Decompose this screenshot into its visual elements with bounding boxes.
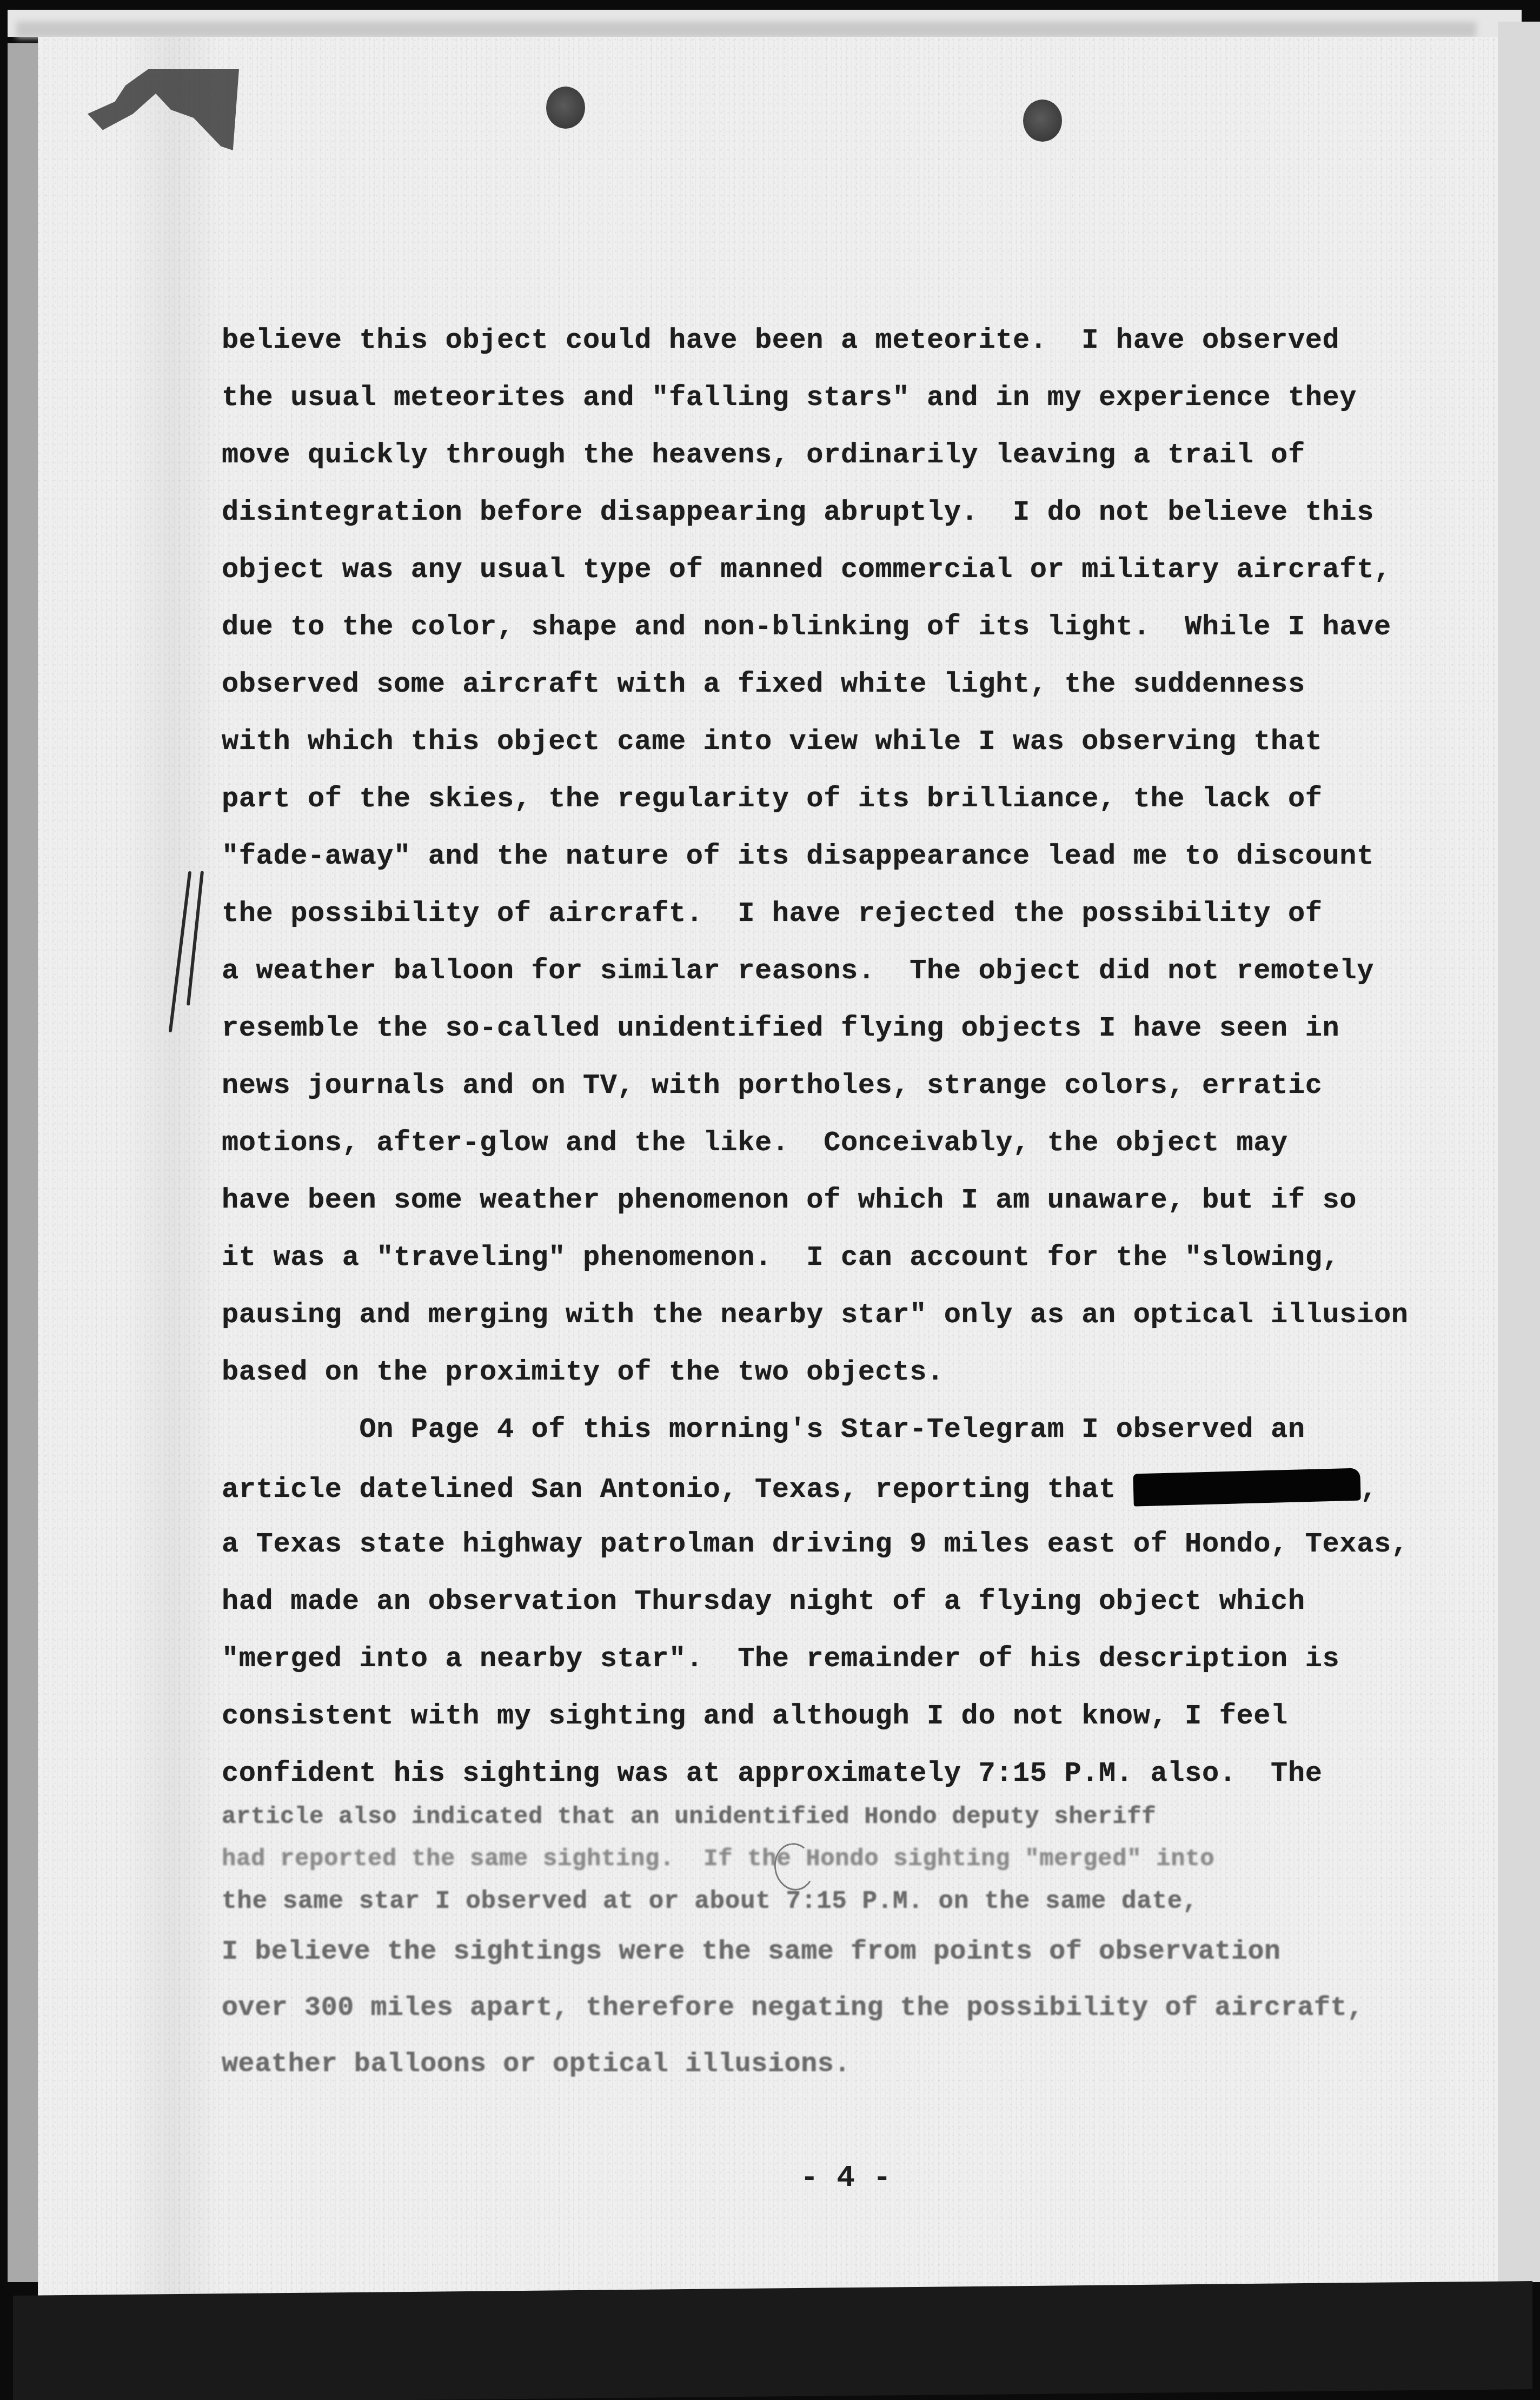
text-line: On Page 4 of this morning's Star-Telegra… [222,1414,1305,1446]
punch-hole-left [546,87,585,129]
text-segment: article datelined San Antonio, Texas, re… [222,1474,1133,1506]
text-line: pausing and merging with the nearby star… [222,1299,1409,1331]
text-line: consistent with my sighting and although… [222,1700,1288,1733]
text-line-faded: over 300 miles apart, therefore negating… [222,1992,1364,2025]
text-line-faded: article also indicated that an unidentif… [222,1801,1156,1833]
scan-right-edge [1498,22,1540,2282]
text-segment: , [1360,1474,1378,1506]
text-line: with which this object came into view wh… [222,726,1323,758]
text-line: part of the skies, the regularity of its… [222,783,1323,816]
redaction-block [1133,1468,1360,1507]
scan-top-shadow [16,22,1476,38]
text-line: disintegration before disappearing abrup… [222,496,1374,529]
text-line: had made an observation Thursday night o… [222,1586,1305,1618]
text-line: have been some weather phenomenon of whi… [222,1184,1357,1217]
text-line: "fade-away" and the nature of its disapp… [222,840,1374,873]
text-line: the usual meteorites and "falling stars"… [222,382,1357,414]
punch-hole-right [1023,100,1062,142]
text-line: resemble the so-called unidentified flyi… [222,1012,1339,1045]
paper-shading [124,37,222,2335]
text-line: observed some aircraft with a fixed whit… [222,668,1305,701]
text-line: the possibility of aircraft. I have reje… [222,898,1323,930]
scan-bottom-edge [13,2281,1532,2400]
text-line: a Texas state highway patrolman driving … [222,1528,1409,1561]
page-number: - 4 - [800,2160,891,2195]
text-line: move quickly through the heavens, ordina… [222,439,1305,472]
text-line: motions, after-glow and the like. Concei… [222,1127,1288,1159]
scan-left-edge [8,43,40,2282]
text-line: believe this object could have been a me… [222,324,1339,357]
text-line: a weather balloon for similar reasons. T… [222,955,1374,987]
text-line: based on the proximity of the two object… [222,1356,944,1389]
text-line-faded: had reported the same sighting. If the H… [222,1843,1214,1875]
text-line: news journals and on TV, with portholes,… [222,1070,1323,1102]
text-line: it was a "traveling" phenomenon. I can a… [222,1242,1339,1274]
text-line: due to the color, shape and non-blinking… [222,611,1391,644]
text-line-with-redaction: article datelined San Antonio, Texas, re… [222,1471,1377,1506]
text-line: confident his sighting was at approximat… [222,1758,1323,1790]
text-line: "merged into a nearby star". The remaind… [222,1643,1339,1675]
text-line: object was any usual type of manned comm… [222,554,1391,586]
text-line-faded: the same star I observed at or about 7:1… [222,1885,1198,1918]
text-line-faded: weather balloons or optical illusions. [222,2048,851,2081]
text-line-faded: I believe the sightings were the same fr… [222,1936,1281,1968]
